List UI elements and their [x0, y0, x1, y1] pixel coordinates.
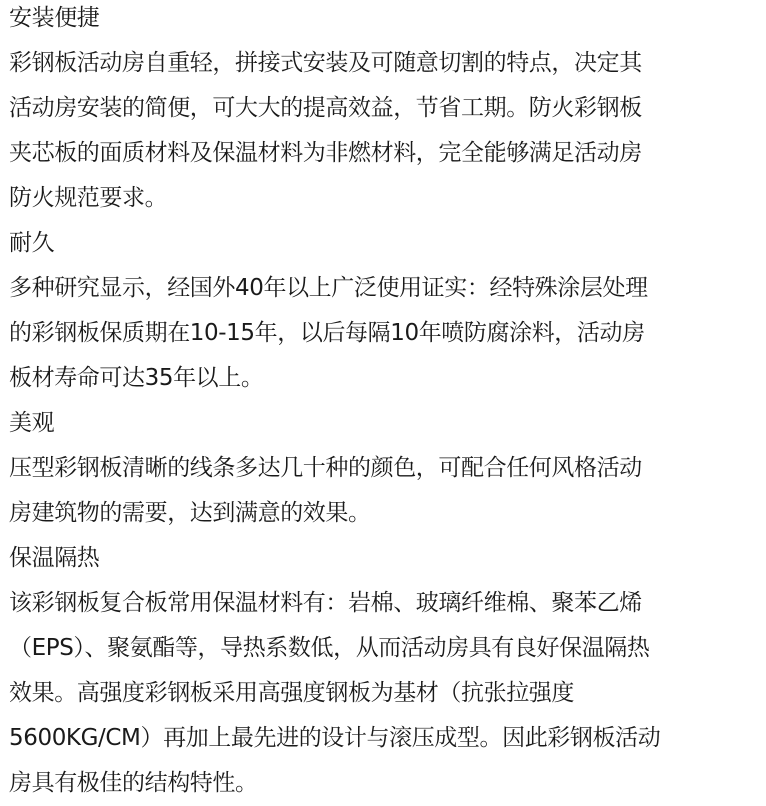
paragraph-line: 房建筑物的需要，达到满意的效果。: [9, 491, 371, 536]
paragraph-line: 的彩钢板保质期在10-15年，以后每隔10年喷防腐涂料，活动房: [9, 311, 645, 356]
paragraph-line: 效果。高强度彩钢板采用高强度钢板为基材（抗张拉强度: [9, 671, 574, 716]
section-heading-installation: 安装便捷: [9, 0, 99, 41]
section-heading-durability: 耐久: [9, 221, 54, 266]
paragraph-line: 该彩钢板复合板常用保温材料有：岩棉、玻璃纤维棉、聚苯乙烯: [9, 581, 642, 626]
paragraph-line: 压型彩钢板清晰的线条多达几十种的颜色，可配合任何风格活动: [9, 446, 642, 491]
paragraph-line: 防火规范要求。: [9, 176, 167, 221]
paragraph-line: 夹芯板的面质材料及保温材料为非燃材料，完全能够满足活动房: [9, 131, 642, 176]
section-heading-insulation: 保温隔热: [9, 536, 99, 581]
paragraph-line: 5600KG/CM）再加上最先进的设计与滚压成型。因此彩钢板活动: [9, 716, 660, 761]
paragraph-line: 活动房安装的简便，可大大的提高效益，节省工期。防火彩钢板: [9, 86, 642, 131]
paragraph-line: 板材寿命可达35年以上。: [9, 356, 263, 401]
paragraph-line: 房具有极佳的结构特性。: [9, 761, 258, 806]
paragraph-line: （EPS）、聚氨酯等，导热系数低，从而活动房具有良好保温隔热: [9, 626, 650, 671]
paragraph-line: 多种研究显示，经国外40年以上广泛使用证实：经特殊涂层处理: [9, 266, 648, 311]
paragraph-line: 彩钢板活动房自重轻，拼接式安装及可随意切割的特点，决定其: [9, 41, 642, 86]
section-heading-appearance: 美观: [9, 401, 54, 446]
